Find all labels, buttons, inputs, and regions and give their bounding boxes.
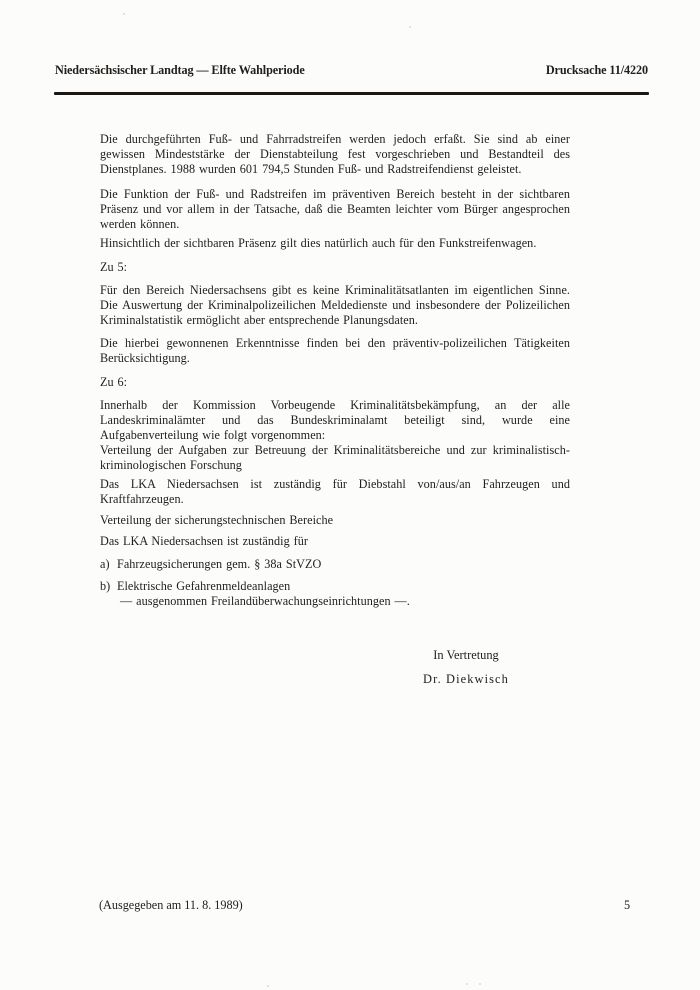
page-number: 5 bbox=[624, 898, 630, 913]
page-header: Niedersächsischer Landtag — Elfte Wahlpe… bbox=[55, 63, 648, 78]
list-item-a: a) Fahrzeugsicherungen gem. § 38a StVZO bbox=[100, 557, 570, 572]
publication-title: Niedersächsischer Landtag — Elfte Wahlpe… bbox=[55, 63, 305, 78]
paragraph-findings: Die hierbei gewonnenen Erkenntnisse find… bbox=[100, 336, 570, 366]
list-item-b: b) Elektrische Gefahrenmeldeanlagen — au… bbox=[100, 579, 570, 609]
list-item-b-text: Elektrische Gefahrenmeldeanlagen bbox=[117, 579, 290, 593]
paragraph-task-distribution: Verteilung der Aufgaben zur Betreuung de… bbox=[100, 443, 570, 473]
list-item-a-text: Fahrzeugsicherungen gem. § 38a StVZO bbox=[117, 557, 570, 572]
paragraph-patrol-function: Die Funktion der Fuß- und Radstreifen im… bbox=[100, 187, 570, 232]
section-label-zu5: Zu 5: bbox=[100, 260, 570, 275]
scan-speck bbox=[267, 985, 269, 987]
paragraph-crime-atlas: Für den Bereich Niedersachsens gibt es k… bbox=[100, 283, 570, 328]
list-item-b-note: — ausgenommen Freilandüberwachungseinric… bbox=[120, 594, 570, 609]
signature-block: In Vertretung Dr. Diekwisch bbox=[385, 648, 547, 687]
document-number: Drucksache 11/4220 bbox=[546, 63, 648, 78]
paragraph-patrol-recording: Die durchgeführten Fuß- und Fahrradstrei… bbox=[100, 132, 570, 177]
list-marker-b: b) bbox=[100, 579, 117, 609]
paragraph-security-areas: Verteilung der sicherungstechnischen Ber… bbox=[100, 513, 570, 528]
scan-speck bbox=[479, 983, 481, 985]
issue-date-note: (Ausgegeben am 11. 8. 1989) bbox=[99, 898, 243, 913]
list-item-b-body: Elektrische Gefahrenmeldeanlagen — ausge… bbox=[117, 579, 570, 609]
document-page: Niedersächsischer Landtag — Elfte Wahlpe… bbox=[0, 0, 700, 990]
signature-name: Dr. Diekwisch bbox=[385, 672, 547, 687]
paragraph-lka-theft: Das LKA Niedersachsen ist zuständig für … bbox=[100, 477, 570, 507]
paragraph-visible-presence: Hinsichtlich der sichtbaren Präsenz gilt… bbox=[100, 236, 570, 251]
section-label-zu6: Zu 6: bbox=[100, 375, 570, 390]
scan-speck bbox=[466, 983, 468, 985]
paragraph-commission: Innerhalb der Kommission Vorbeugende Kri… bbox=[100, 398, 570, 443]
signature-prefix: In Vertretung bbox=[385, 648, 547, 663]
list-marker-a: a) bbox=[100, 557, 117, 572]
scan-speck bbox=[409, 26, 411, 28]
paragraph-lka-responsible: Das LKA Niedersachsen ist zuständig für bbox=[100, 534, 570, 549]
header-divider bbox=[54, 92, 649, 95]
scan-speck bbox=[123, 13, 125, 15]
